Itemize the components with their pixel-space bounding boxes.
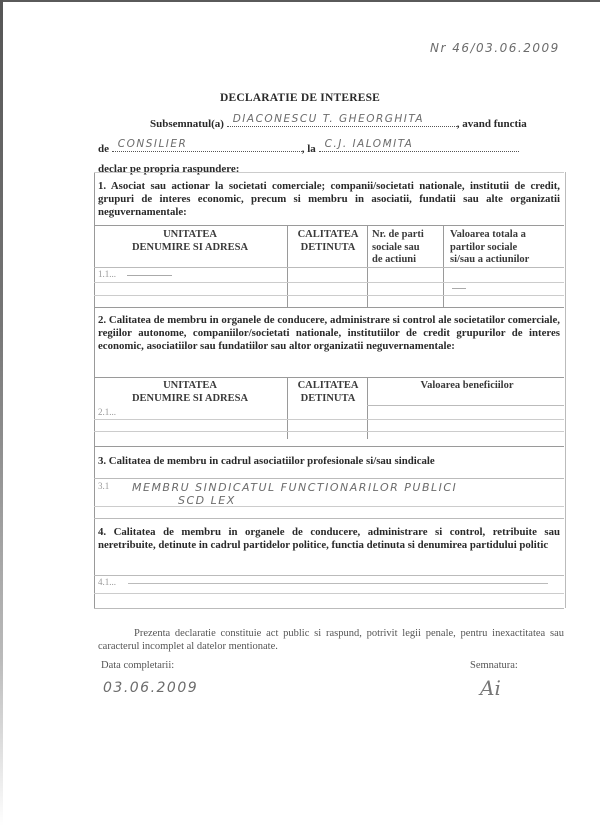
legal-statement: Prezenta declaratie constituie act publi… xyxy=(98,627,564,653)
dash-mark xyxy=(452,288,466,289)
dash-mark xyxy=(128,583,548,584)
table2-row-border xyxy=(94,431,564,432)
dash-mark xyxy=(127,275,172,276)
section-divider xyxy=(94,446,564,447)
table2-header-calitatea: CALITATEADETINUTA xyxy=(288,380,368,405)
section3-row-border xyxy=(94,506,564,507)
label-avand-functia: , avand functia xyxy=(457,118,527,130)
date-value: 03.06.2009 xyxy=(103,680,198,696)
name-field[interactable]: DIACONESCU T. GHEORGHITA xyxy=(227,114,457,127)
table1-row-border xyxy=(94,282,564,283)
table2-row-border xyxy=(94,419,564,420)
section4-row-border xyxy=(94,575,564,576)
box-bottom-border xyxy=(94,608,564,609)
function-value: CONSILIER xyxy=(118,138,188,150)
section3-row-border xyxy=(94,478,564,479)
label-de: de xyxy=(98,143,109,155)
table2-header-valoarea-beneficiilor: Valoarea beneficiilor xyxy=(370,380,564,393)
scan-edge-top xyxy=(0,0,600,2)
row-label-2-1: 2.1... xyxy=(98,407,116,417)
institution-field[interactable]: C.J. IALOMITA xyxy=(319,139,519,152)
table1-row-border xyxy=(94,267,564,268)
section-3-text: 3. Calitatea de membru in cadrul asociat… xyxy=(98,455,560,468)
table2-header-unitatea: UNITATEADENUMIRE SI ADRESA xyxy=(95,380,285,405)
section-divider xyxy=(94,518,564,519)
scan-edge-left xyxy=(0,0,3,826)
membership-value: MEMBRU SINDICATUL FUNCTIONARILOR PUBLICI xyxy=(132,481,457,494)
label-la: , la xyxy=(302,143,316,155)
table2-row-border xyxy=(367,405,564,406)
table2-top-border xyxy=(94,377,564,378)
intro-line-name: Subsemnatul(a) DIACONESCU T. GHEORGHITA,… xyxy=(150,114,527,130)
section-1-text: 1. Asociat sau actionar la societati com… xyxy=(98,180,560,219)
table1-header-valoarea-totala: Valoarea totala apartilor socialesi/sau … xyxy=(450,229,562,267)
row-label-4-1: 4.1... xyxy=(98,577,116,587)
document-title: DECLARATIE DE INTERESE xyxy=(0,92,600,104)
table2-col-divider xyxy=(287,377,288,439)
row-label-3-1: 3.1 xyxy=(98,481,109,491)
signature: Ai xyxy=(480,676,501,700)
function-field[interactable]: CONSILIER xyxy=(112,139,302,152)
intro-line-function: de CONSILIER, la C.J. IALOMITA xyxy=(98,139,519,155)
table1-top-border xyxy=(94,225,564,226)
institution-value: C.J. IALOMITA xyxy=(325,138,414,150)
table1-header-unitatea: UNITATEADENUMIRE SI ADRESA xyxy=(95,229,285,254)
box-top-border xyxy=(94,172,564,173)
name-value: DIACONESCU T. GHEORGHITA xyxy=(233,113,424,125)
row-label-1-1: 1.1... xyxy=(98,269,116,279)
section-2-text: 2. Calitatea de membru in organele de co… xyxy=(98,314,560,353)
registration-number: Nr 46/03.06.2009 xyxy=(430,41,560,55)
section-divider xyxy=(94,307,564,308)
table1-header-nr-parti: Nr. de partisociale saude actiuni xyxy=(372,229,444,267)
label-subsemnatul: Subsemnatul(a) xyxy=(150,118,224,130)
signature-label: Semnatura: xyxy=(470,660,518,671)
table1-header-calitatea: CALITATEADETINUTA xyxy=(288,229,368,254)
section4-row-border xyxy=(94,593,564,594)
table1-row-border xyxy=(94,295,564,296)
table2-col-divider xyxy=(367,377,368,439)
date-label: Data completarii: xyxy=(101,660,174,671)
section-4-text: 4. Calitatea de membru in organele de co… xyxy=(98,526,560,552)
